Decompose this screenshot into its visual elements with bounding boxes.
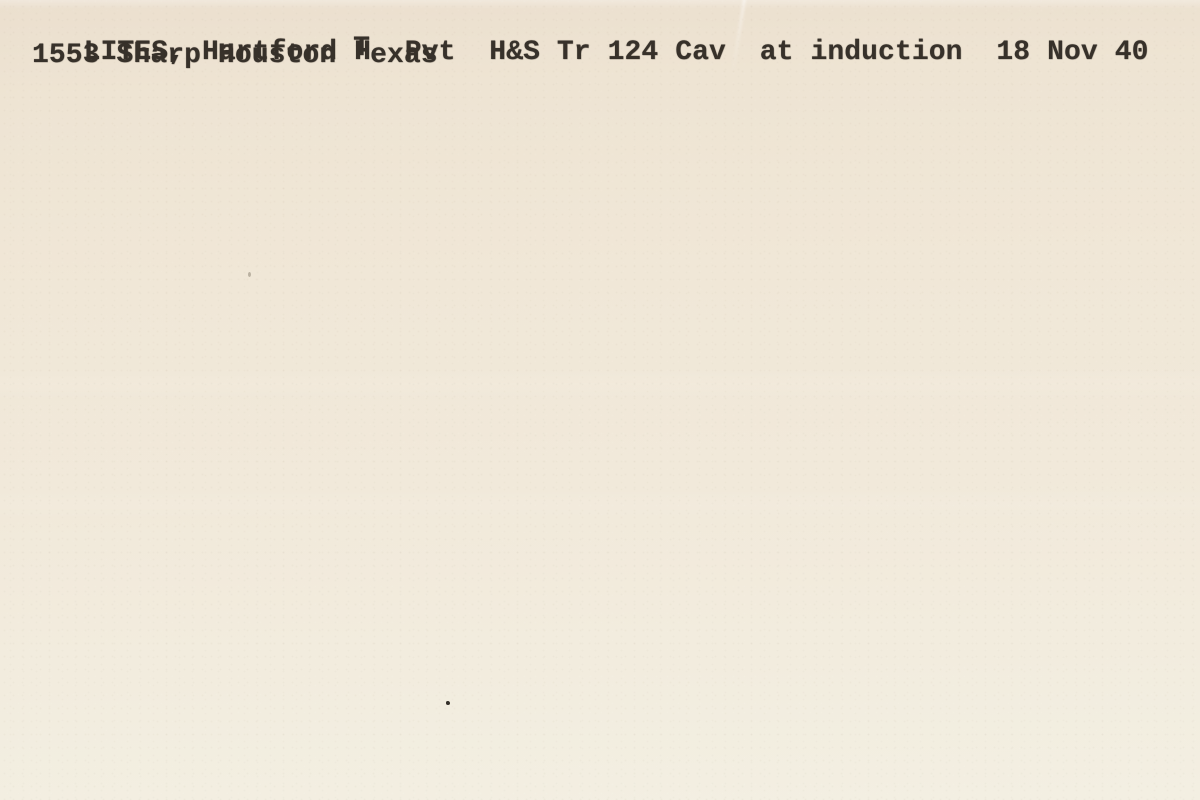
address-prefix-text: 1553 Sharp Houston <box>32 40 353 71</box>
state-initial-raised-text: T <box>353 33 370 64</box>
state-rest-text: exas <box>370 40 438 71</box>
paper-speck-dark <box>446 701 450 705</box>
paper-speck-faint <box>248 272 251 277</box>
scanned-index-card: LITES, Hartford H Pvt H&S Tr 124 Cav at … <box>0 0 1200 800</box>
typed-line-address: 1553 Sharp Houston Texas <box>32 40 438 72</box>
